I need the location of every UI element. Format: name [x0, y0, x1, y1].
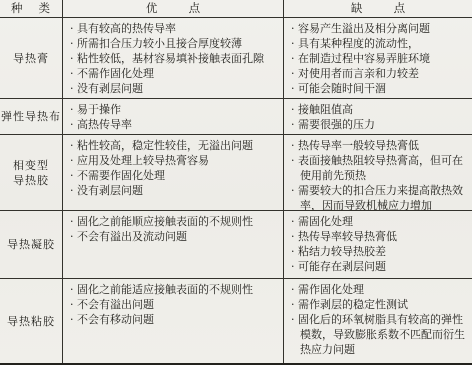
material-type-label: 弹性导热布: [0, 99, 63, 134]
disadvantages-cell: 接触阻值高需要很强的压力: [284, 99, 472, 134]
table-row: 导热膏 具有较高的热传导率所需扣合压力较小且接合厚度较薄粘性较低，基材容易填补接…: [0, 18, 472, 99]
disadvantages-cell: 热传导率一般较导热膏低表面接触热阻较导热膏高，但可在使用前先预热需要较大的扣合压…: [284, 135, 472, 210]
point-item: 热传导率较导热膏低: [291, 229, 468, 244]
disadvantages-list: 需固化处理热传导率较导热膏低粘结力较导热胶差可能存在剥层问题: [284, 211, 472, 274]
header-type: 种 类: [0, 0, 63, 17]
table-row: 弹性导热布 易于操作高热传导率 接触阻值高需要很强的压力: [0, 99, 472, 135]
point-item: 不会有溢出及流动问题: [70, 229, 279, 244]
point-item: 表面接触热阻较导热膏高，但可在使用前先预热: [291, 153, 468, 183]
advantages-list: 易于操作高热传导率: [63, 99, 283, 132]
point-item: 具有某种程度的流动性，: [291, 36, 468, 51]
disadvantages-list: 容易产生溢出及相分离问题具有某种程度的流动性，在制造过程中容易弄脏环境对使用者而…: [284, 18, 472, 96]
point-item: 所需扣合压力较小且接合厚度较薄: [70, 36, 279, 51]
advantages-cell: 易于操作高热传导率: [63, 99, 284, 134]
advantages-list: 粘性较高，稳定性较佳，无溢出问题应用及处理上较导热膏容易不需要作固化处理没有剥层…: [63, 135, 283, 198]
header-advantages: 优 点: [63, 0, 284, 17]
table-row: 相变型 导热胶 粘性较高，稳定性较佳，无溢出问题应用及处理上较导热膏容易不需要作…: [0, 135, 472, 211]
material-comparison-table: 种 类 优 点 缺 点 导热膏 具有较高的热传导率所需扣合压力较小且接合厚度较薄…: [0, 0, 472, 365]
header-disadvantages: 缺 点: [284, 0, 472, 17]
point-item: 固化之前能适应接触表面的不规则性: [70, 282, 279, 297]
disadvantages-cell: 容易产生溢出及相分离问题具有某种程度的流动性，在制造过程中容易弄脏环境对使用者而…: [284, 18, 472, 98]
point-item: 易于操作: [70, 102, 279, 117]
point-item: 没有剥层问题: [70, 81, 279, 96]
point-item: 需要较大的扣合压力来提高散热效率，因而导致机械应力增加: [291, 183, 468, 210]
point-item: 不需要作固化处理: [70, 168, 279, 183]
material-type-label: 导热粘胶: [0, 279, 63, 363]
point-item: 需固化处理: [291, 214, 468, 229]
advantages-cell: 具有较高的热传导率所需扣合压力较小且接合厚度较薄粘性较低，基材容易填补接触表面孔…: [63, 18, 284, 98]
table-row: 导热凝胶 固化之前能顺应接触表面的不规则性不会有溢出及流动问题 需固化处理热传导…: [0, 211, 472, 279]
point-item: 热传导率一般较导热膏低: [291, 138, 468, 153]
table-row: 导热粘胶 固化之前能适应接触表面的不规则性不会有溢出问题不会有移动问题 需作固化…: [0, 279, 472, 363]
point-item: 不会有溢出问题: [70, 297, 279, 312]
material-type-label: 导热凝胶: [0, 211, 63, 278]
point-item: 粘性较高，稳定性较佳，无溢出问题: [70, 138, 279, 153]
point-item: 在制造过程中容易弄脏环境: [291, 51, 468, 66]
point-item: 固化后的环氧树脂具有较高的弹性模数，导致膨胀系数不匹配而衍生热应力问题: [291, 312, 468, 357]
point-item: 需要很强的压力: [291, 117, 468, 132]
point-item: 应用及处理上较导热膏容易: [70, 153, 279, 168]
advantages-list: 固化之前能顺应接触表面的不规则性不会有溢出及流动问题: [63, 211, 283, 244]
point-item: 可能会随时间干涸: [291, 81, 468, 96]
point-item: 具有较高的热传导率: [70, 21, 279, 36]
point-item: 没有剥层问题: [70, 183, 279, 198]
disadvantages-cell: 需作固化处理需作剥层的稳定性测试固化后的环氧树脂具有较高的弹性模数，导致膨胀系数…: [284, 279, 472, 363]
advantages-list: 固化之前能适应接触表面的不规则性不会有溢出问题不会有移动问题: [63, 279, 283, 327]
table-header-row: 种 类 优 点 缺 点: [0, 0, 472, 18]
disadvantages-list: 需作固化处理需作剥层的稳定性测试固化后的环氧树脂具有较高的弹性模数，导致膨胀系数…: [284, 279, 472, 357]
point-item: 粘性较低，基材容易填补接触表面孔隙: [70, 51, 279, 66]
advantages-cell: 固化之前能适应接触表面的不规则性不会有溢出问题不会有移动问题: [63, 279, 284, 363]
material-type-label: 导热膏: [0, 18, 63, 98]
point-item: 高热传导率: [70, 117, 279, 132]
disadvantages-list: 热传导率一般较导热膏低表面接触热阻较导热膏高，但可在使用前先预热需要较大的扣合压…: [284, 135, 472, 210]
disadvantages-cell: 需固化处理热传导率较导热膏低粘结力较导热胶差可能存在剥层问题: [284, 211, 472, 278]
point-item: 粘结力较导热胶差: [291, 244, 468, 259]
disadvantages-list: 接触阻值高需要很强的压力: [284, 99, 472, 132]
point-item: 接触阻值高: [291, 102, 468, 117]
point-item: 需作剥层的稳定性测试: [291, 297, 468, 312]
point-item: 对使用者而言亲和力较差: [291, 66, 468, 81]
point-item: 不会有移动问题: [70, 312, 279, 327]
advantages-cell: 固化之前能顺应接触表面的不规则性不会有溢出及流动问题: [63, 211, 284, 278]
scanned-document-page: 种 类 优 点 缺 点 导热膏 具有较高的热传导率所需扣合压力较小且接合厚度较薄…: [0, 0, 472, 365]
advantages-cell: 粘性较高，稳定性较佳，无溢出问题应用及处理上较导热膏容易不需要作固化处理没有剥层…: [63, 135, 284, 210]
point-item: 固化之前能顺应接触表面的不规则性: [70, 214, 279, 229]
advantages-list: 具有较高的热传导率所需扣合压力较小且接合厚度较薄粘性较低，基材容易填补接触表面孔…: [63, 18, 283, 96]
point-item: 不需作固化处理: [70, 66, 279, 81]
point-item: 需作固化处理: [291, 282, 468, 297]
point-item: 可能存在剥层问题: [291, 259, 468, 274]
material-type-label: 相变型 导热胶: [0, 135, 63, 210]
point-item: 容易产生溢出及相分离问题: [291, 21, 468, 36]
